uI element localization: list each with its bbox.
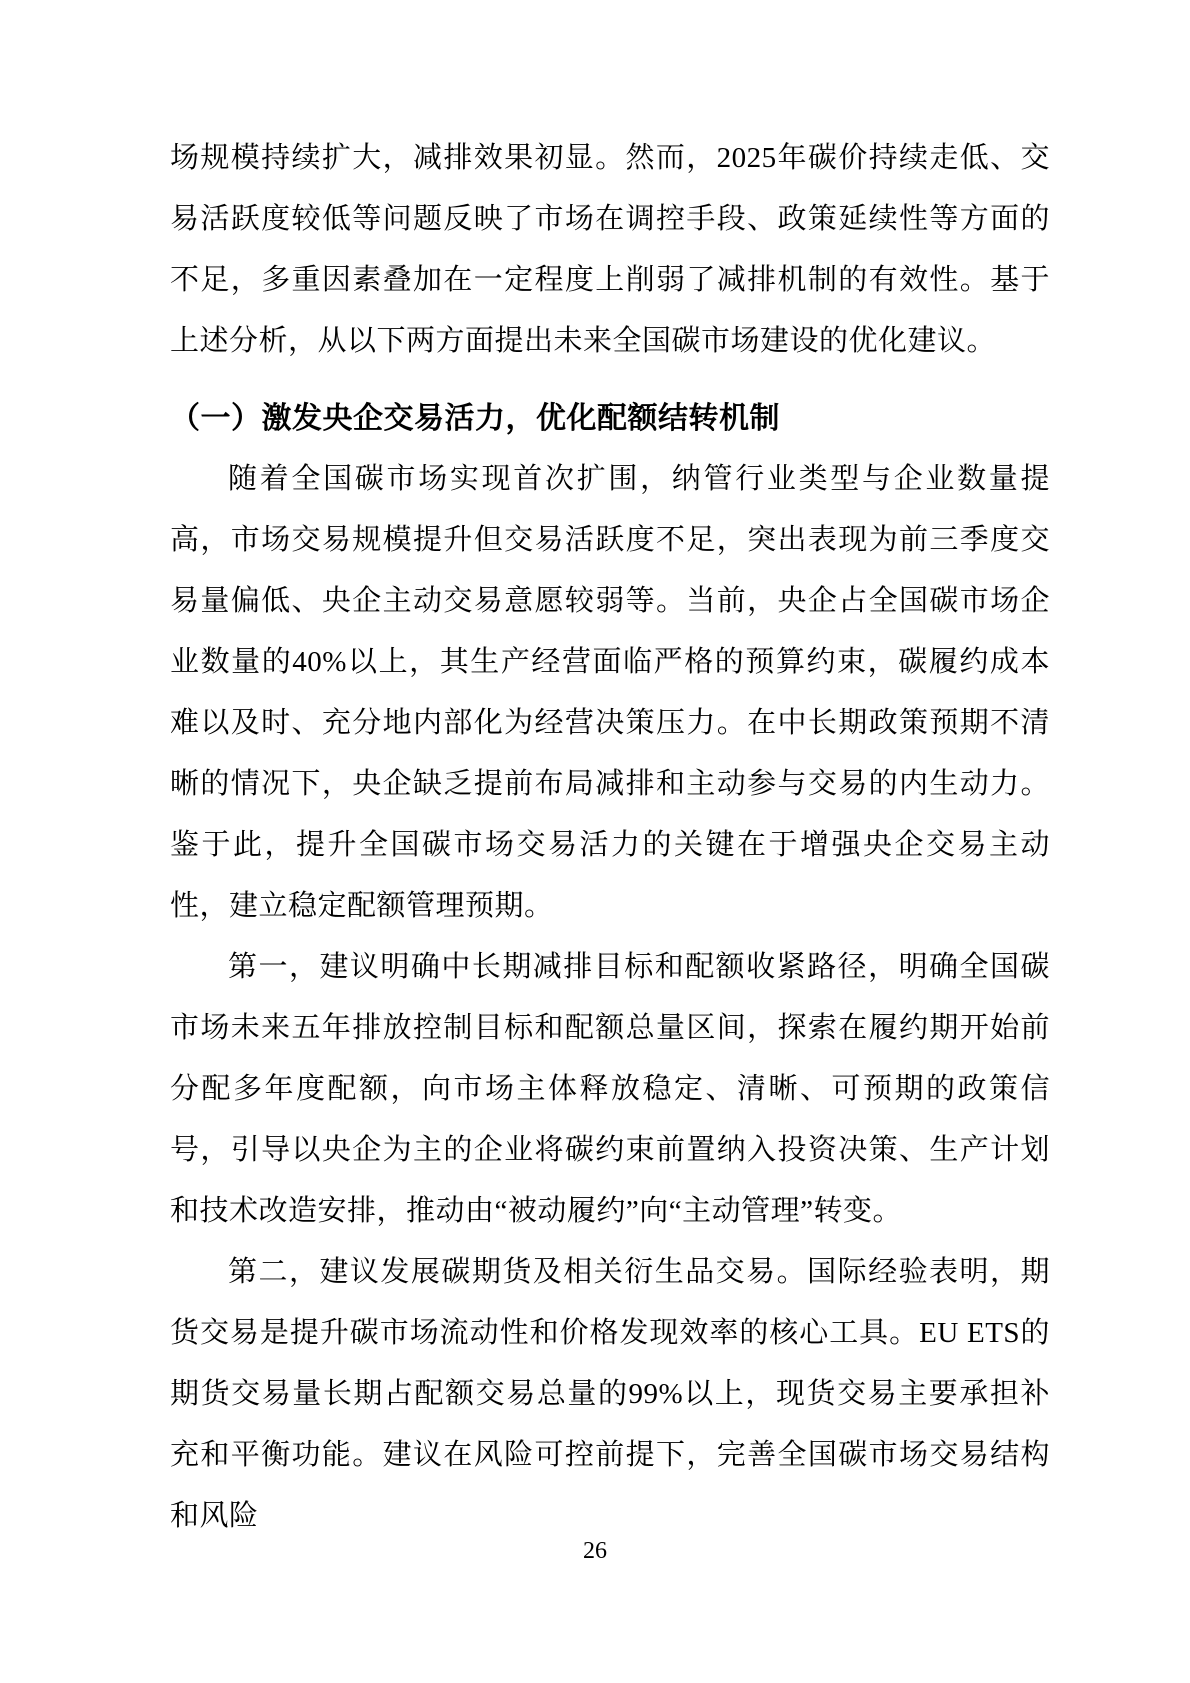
paragraph: 第一，建议明确中长期减排目标和配额收紧路径，明确全国碳市场未来五年排放控制目标和…: [170, 937, 1050, 1242]
paragraph: 随着全国碳市场实现首次扩围，纳管行业类型与企业数量提高，市场交易规模提升但交易活…: [170, 449, 1050, 937]
page-number: 26: [0, 1538, 1190, 1565]
text-block: 场规模持续扩大，减排效果初显。然而，2025年碳价持续走低、交易活跃度较低等问题…: [170, 128, 1050, 1547]
paragraph: 第二，建议发展碳期货及相关衍生品交易。国际经验表明，期货交易是提升碳市场流动性和…: [170, 1242, 1050, 1547]
paragraph-continuation: 场规模持续扩大，减排效果初显。然而，2025年碳价持续走低、交易活跃度较低等问题…: [170, 128, 1050, 372]
document-page: 场规模持续扩大，减排效果初显。然而，2025年碳价持续走低、交易活跃度较低等问题…: [0, 0, 1190, 1683]
section-heading: （一）激发央企交易活力，优化配额结转机制: [170, 388, 1050, 449]
